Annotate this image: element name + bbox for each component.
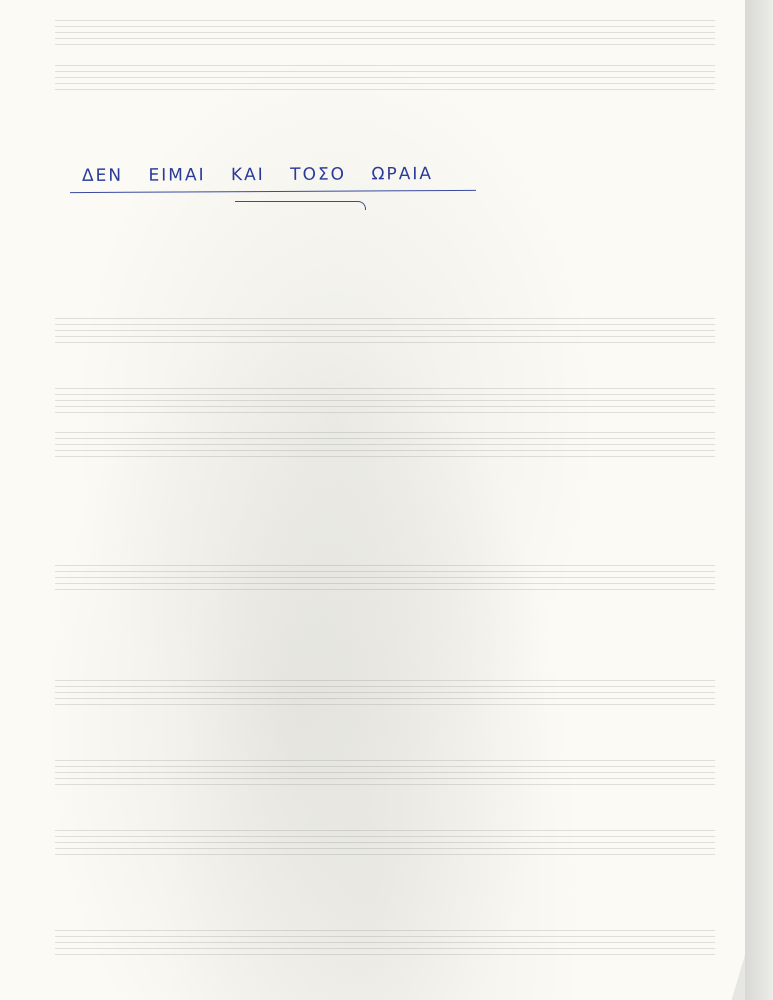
scanner-background-edge xyxy=(745,0,773,1000)
bleed-through-staff xyxy=(55,930,715,956)
bleed-through-staff xyxy=(55,388,715,414)
bleed-through-staff xyxy=(55,318,715,344)
title-second-underline xyxy=(235,201,366,210)
bleed-through-staff xyxy=(55,65,715,91)
scanned-paper-page: ΔΕΝ ΕΙΜΑΙ ΚΑΙ ΤΟΣΟ ΩΡΑΙΑ xyxy=(0,0,745,1000)
handwritten-title: ΔΕΝ ΕΙΜΑΙ ΚΑΙ ΤΟΣΟ ΩΡΑΙΑ xyxy=(82,164,433,186)
bleed-through-staff xyxy=(55,830,715,856)
bleed-through-staff xyxy=(55,760,715,786)
bleed-through-staff xyxy=(55,432,715,458)
bleed-through-staff xyxy=(55,680,715,706)
bleed-through-staff xyxy=(55,565,715,591)
bleed-through-staff xyxy=(55,20,715,46)
title-underline xyxy=(70,190,476,193)
